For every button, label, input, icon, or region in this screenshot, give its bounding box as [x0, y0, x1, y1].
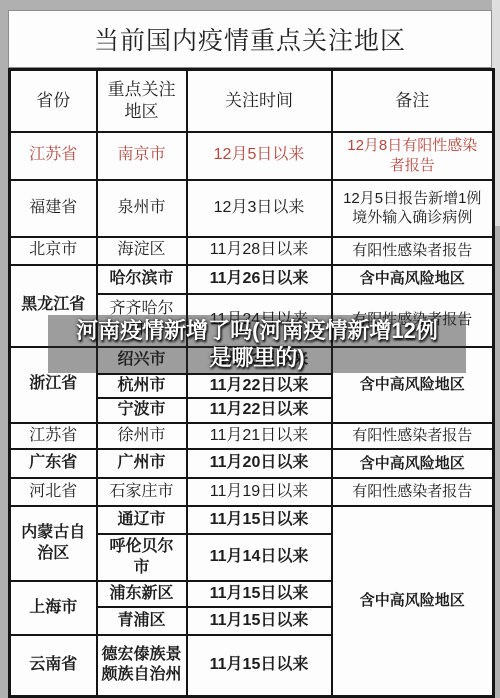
cell-time: 11月22日以来	[187, 374, 332, 399]
header-area: 重点关注 地区	[97, 70, 187, 132]
cell-note: 含中高风险地区	[332, 449, 494, 478]
table-row: 北京市 海淀区 11月28日以来 有阳性感染者报告	[10, 237, 494, 265]
cell-note: 含中高风险地区	[332, 506, 494, 696]
cell-note: 有阳性感染者报告	[332, 423, 494, 449]
table-row: 江苏省 徐州市 11月21日以来 有阳性感染者报告	[10, 423, 494, 449]
cell-area: 通辽市	[97, 506, 187, 534]
cell-time: 11月28日以来	[187, 237, 332, 265]
table-row: 河北省 石家庄市 11月19日以来 有阳性感染者报告	[10, 478, 494, 506]
header-province: 省份	[10, 70, 97, 132]
cell-province: 云南省	[10, 635, 97, 696]
header-note: 备注	[332, 70, 494, 132]
cell-area: 德宏傣族景 颇族自治州	[97, 635, 187, 696]
cell-note: 有阳性感染者报告	[332, 237, 494, 265]
table-row: 内蒙古自 治区 通辽市 11月15日以来 含中高风险地区	[10, 506, 494, 534]
cell-area: 哈尔滨市	[97, 265, 187, 294]
cell-area: 呼伦贝尔 市	[97, 534, 187, 581]
cell-province: 北京市	[10, 237, 97, 265]
cell-province: 江苏省	[10, 132, 97, 180]
cell-province: 河北省	[10, 478, 97, 506]
watermark-line-1: 河南疫情新增了吗(河南疫情新增12例	[76, 317, 438, 344]
cell-area: 青浦区	[97, 607, 187, 635]
cell-time: 11月15日以来	[187, 506, 332, 534]
cell-area: 广州市	[97, 449, 187, 478]
cell-time: 11月19日以来	[187, 478, 332, 506]
cell-area: 徐州市	[97, 423, 187, 449]
table-header-row: 省份 重点关注 地区 关注时间 备注	[10, 70, 494, 132]
header-time: 关注时间	[187, 70, 332, 132]
cell-note: 有阳性感染者报告	[332, 478, 494, 506]
cell-area: 海淀区	[97, 237, 187, 265]
cell-time: 12月3日以来	[187, 180, 332, 237]
epidemic-table: 省份 重点关注 地区 关注时间 备注 江苏省 南京市 12月5日以来 12月8日…	[8, 68, 495, 698]
cell-note: 12月8日有阳性感染 者报告	[332, 132, 494, 180]
watermark-overlay: 河南疫情新增了吗(河南疫情新增12例 是哪里的)	[48, 315, 466, 373]
table-row: 黑龙江省 哈尔滨市 11月26日以来 含中高风险地区	[10, 265, 494, 294]
cell-time: 11月15日以来	[187, 635, 332, 696]
cell-area: 南京市	[97, 132, 187, 180]
page-title: 当前国内疫情重点关注地区	[8, 10, 492, 68]
cell-province: 江苏省	[10, 423, 97, 449]
cell-area: 泉州市	[97, 180, 187, 237]
cell-area: 宁波市	[97, 398, 187, 423]
cell-time: 11月22日以来	[187, 398, 332, 423]
table-row: 福建省 泉州市 12月3日以来 12月5日报告新增1例 境外输入确诊病例	[10, 180, 494, 237]
table-row: 江苏省 南京市 12月5日以来 12月8日有阳性感染 者报告	[10, 132, 494, 180]
cell-province: 上海市	[10, 581, 97, 635]
screenshot-page: 当前国内疫情重点关注地区 省份 重点关注 地区 关注时间 备注 江苏省 南京市 …	[0, 0, 500, 698]
cell-area: 杭州市	[97, 374, 187, 399]
cell-time: 11月26日以来	[187, 265, 332, 294]
cell-area: 石家庄市	[97, 478, 187, 506]
cell-time: 11月15日以来	[187, 607, 332, 635]
watermark-line-2: 是哪里的)	[209, 344, 304, 371]
cell-province: 内蒙古自 治区	[10, 506, 97, 581]
cell-note: 12月5日报告新增1例 境外输入确诊病例	[332, 180, 494, 237]
cell-province: 广东省	[10, 449, 97, 478]
cell-time: 11月21日以来	[187, 423, 332, 449]
cell-time: 11月15日以来	[187, 581, 332, 607]
cell-time: 11月14日以来	[187, 534, 332, 581]
cell-area: 浦东新区	[97, 581, 187, 607]
table-row: 广东省 广州市 11月20日以来 含中高风险地区	[10, 449, 494, 478]
cell-time: 12月5日以来	[187, 132, 332, 180]
cell-province: 福建省	[10, 180, 97, 237]
cell-note: 含中高风险地区	[332, 265, 494, 294]
cell-time: 11月20日以来	[187, 449, 332, 478]
